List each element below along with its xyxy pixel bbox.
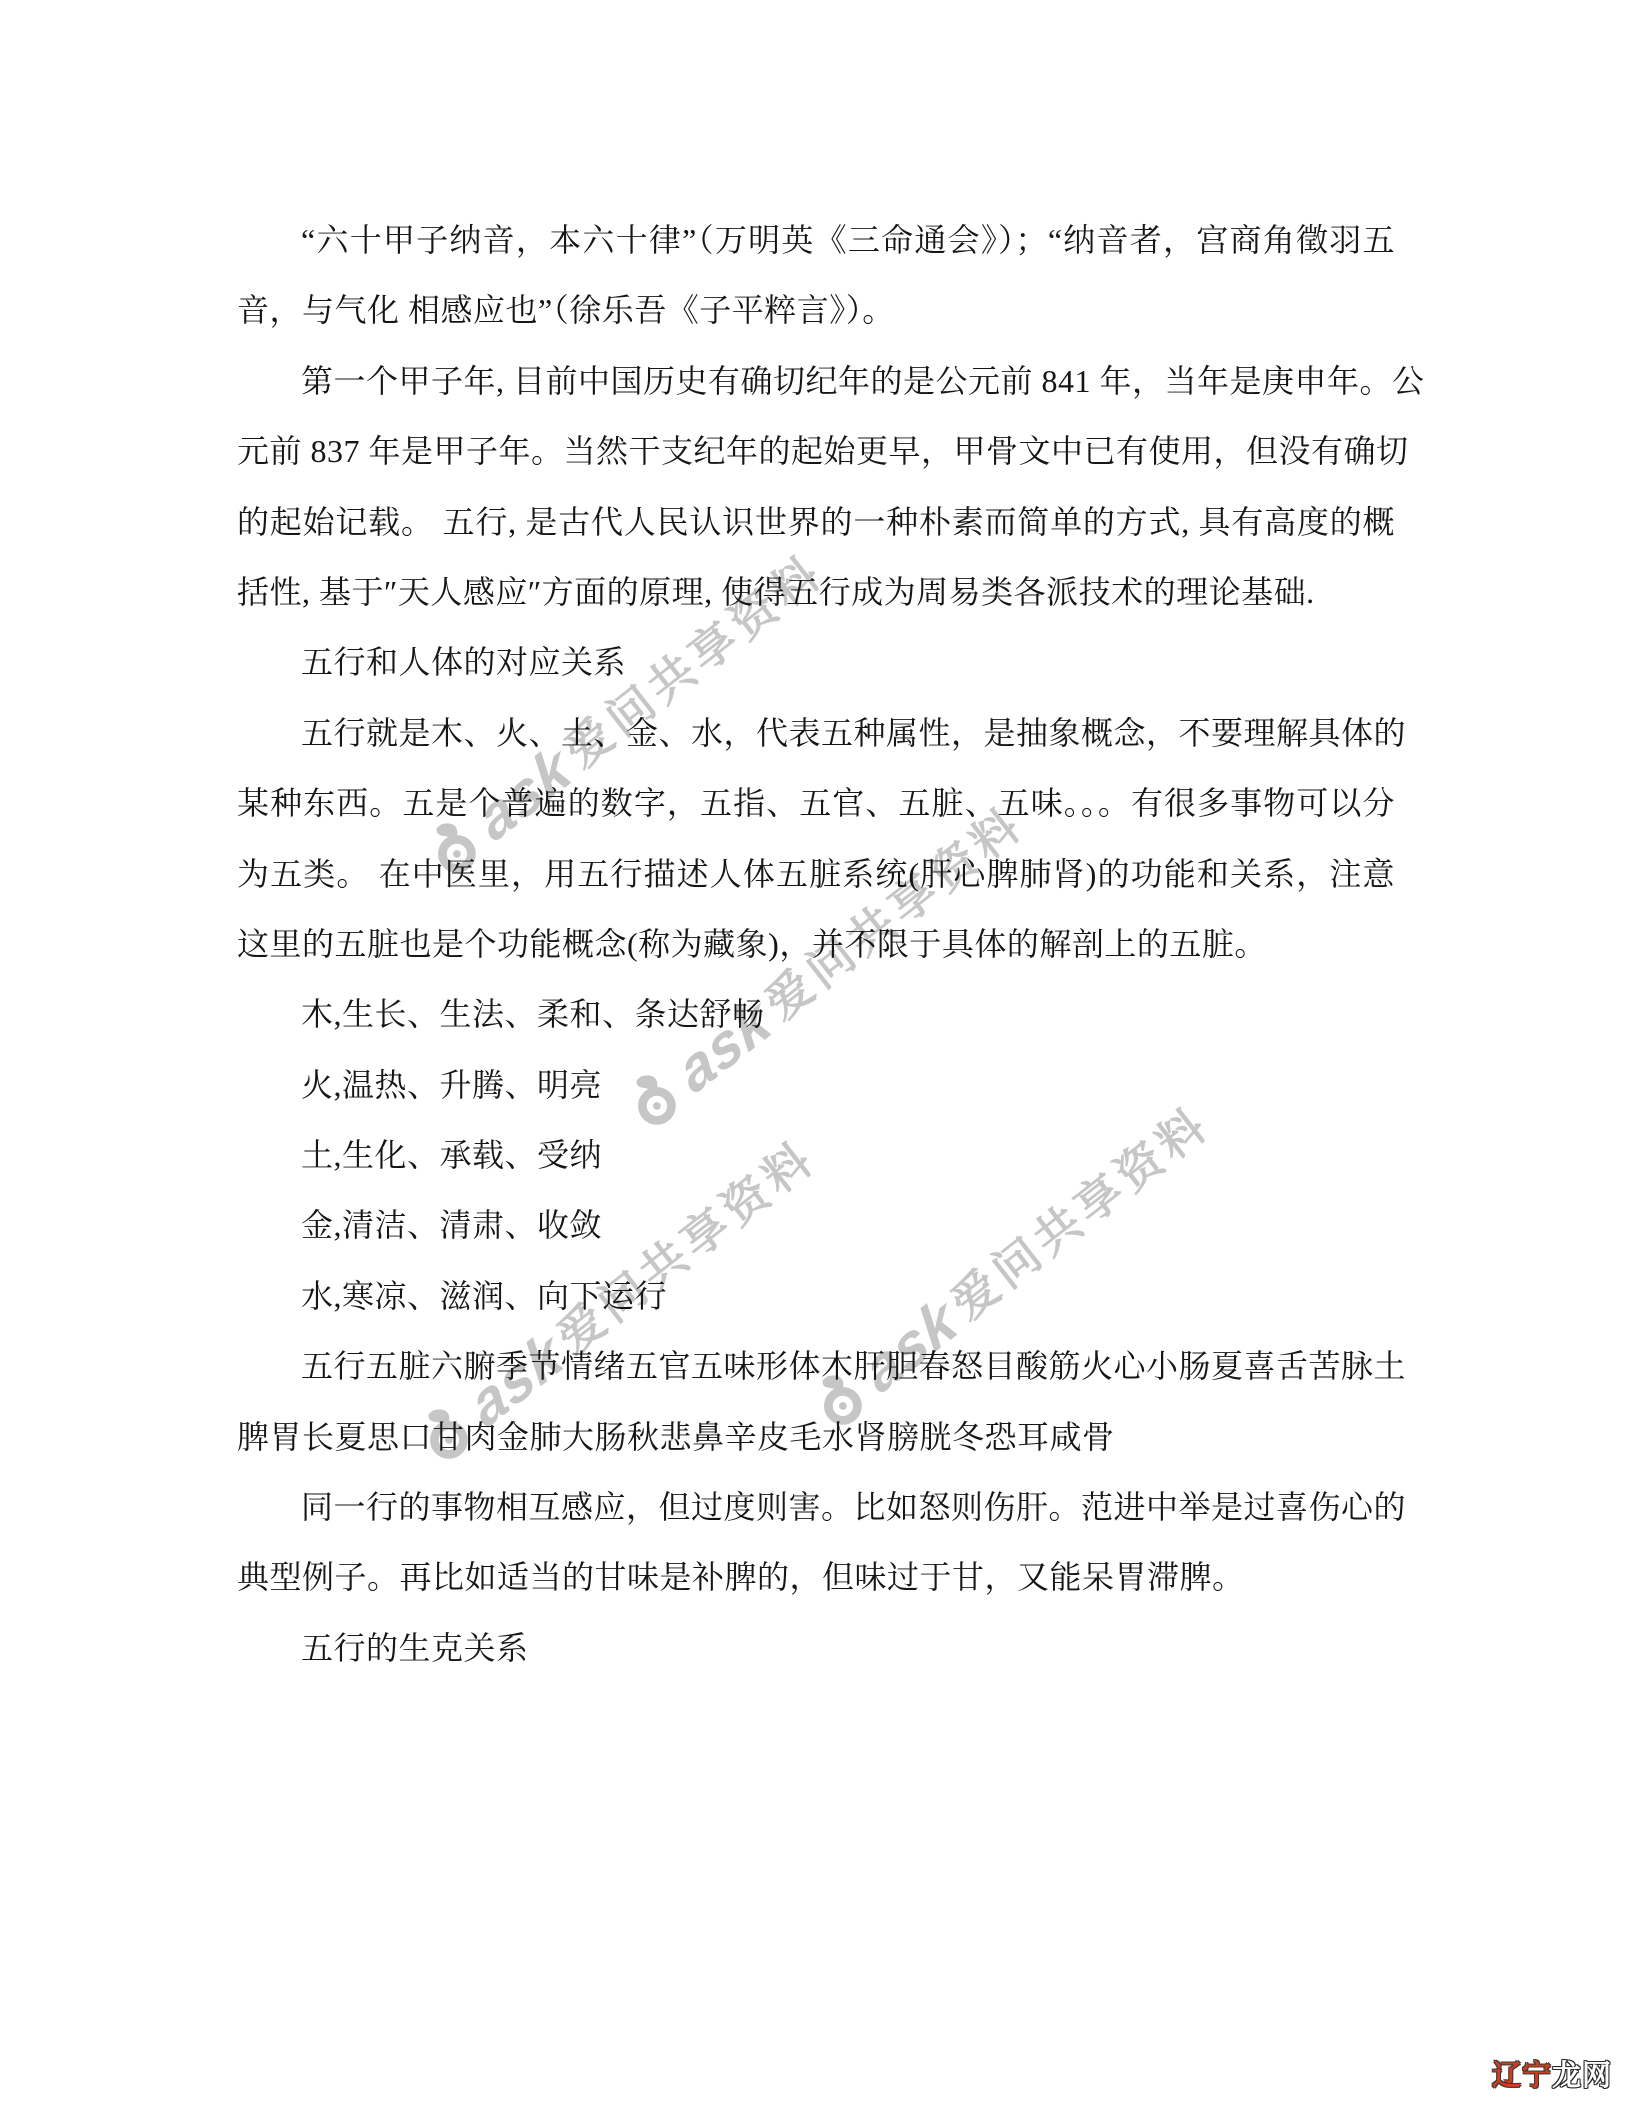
list-item-water: 水,寒凉、滋润、向下运行 — [237, 1261, 1395, 1331]
document-page: ask 爱问共享资料 ask 爱问共享资料 ask 爱问共享资料 ask 爱问共… — [0, 0, 1632, 2112]
list-item-metal: 金,清洁、清肃、收敛 — [237, 1190, 1395, 1260]
text-line: 五行五脏六腑季节情绪五官五味形体木肝胆春怒目酸筋火心小肠夏喜舌苦脉土 — [237, 1331, 1395, 1401]
text-line: 这里的五脏也是个功能概念(称为藏象)，并不限于具体的解剖上的五脏。 — [237, 909, 1395, 979]
document-text-block: “六十甲子纳音，本六十律”（万明英《三命通会》）；“纳音者，宫商角徵羽五 音，与… — [237, 205, 1395, 1683]
section-heading: 五行的生克关系 — [237, 1613, 1395, 1683]
text-line: 典型例子。再比如适当的甘味是补脾的，但味过于甘，又能呆胃滞脾。 — [237, 1542, 1395, 1612]
text-line: 括性, 基于″天人感应″方面的原理, 使得五行成为周易类各派技术的理论基础. — [237, 557, 1395, 627]
text-line: 同一行的事物相互感应，但过度则害。比如怒则伤肝。范进中举是过喜伤心的 — [237, 1472, 1395, 1542]
text-line: 音，与气化 相感应也”（徐乐吾《子平粹言》）。 — [237, 275, 1395, 345]
list-item-fire: 火,温热、升腾、明亮 — [237, 1050, 1395, 1120]
text-line: “六十甲子纳音，本六十律”（万明英《三命通会》）；“纳音者，宫商角徵羽五 — [237, 205, 1395, 275]
site-logo: 辽宁龙网 — [1492, 2059, 1612, 2093]
section-heading: 五行和人体的对应关系 — [237, 627, 1395, 697]
site-logo-white-text: 龙网 — [1552, 2060, 1612, 2092]
site-logo-red-text: 辽宁 — [1492, 2060, 1552, 2092]
text-line: 脾胃长夏思口甘肉金肺大肠秋悲鼻辛皮毛水肾膀胱冬恐耳咸骨 — [237, 1402, 1395, 1472]
text-line: 某种东西。五是个普遍的数字，五指、五官、五脏、五味。。。有很多事物可以分 — [237, 768, 1395, 838]
text-line: 第一个甲子年, 目前中国历史有确切纪年的是公元前 841 年，当年是庚申年。公 — [237, 346, 1395, 416]
list-item-wood: 木,生长、生法、柔和、条达舒畅 — [237, 979, 1395, 1049]
list-item-earth: 土,生化、承载、受纳 — [237, 1120, 1395, 1190]
text-line: 元前 837 年是甲子年。当然干支纪年的起始更早，甲骨文中已有使用，但没有确切 — [237, 416, 1395, 486]
text-line: 的起始记载。 五行, 是古代人民认识世界的一种朴素而简单的方式, 具有高度的概 — [237, 487, 1395, 557]
text-line: 为五类。 在中医里，用五行描述人体五脏系统(肝心脾肺肾)的功能和关系，注意 — [237, 839, 1395, 909]
text-line: 五行就是木、火、土、金、水，代表五种属性，是抽象概念，不要理解具体的 — [237, 698, 1395, 768]
